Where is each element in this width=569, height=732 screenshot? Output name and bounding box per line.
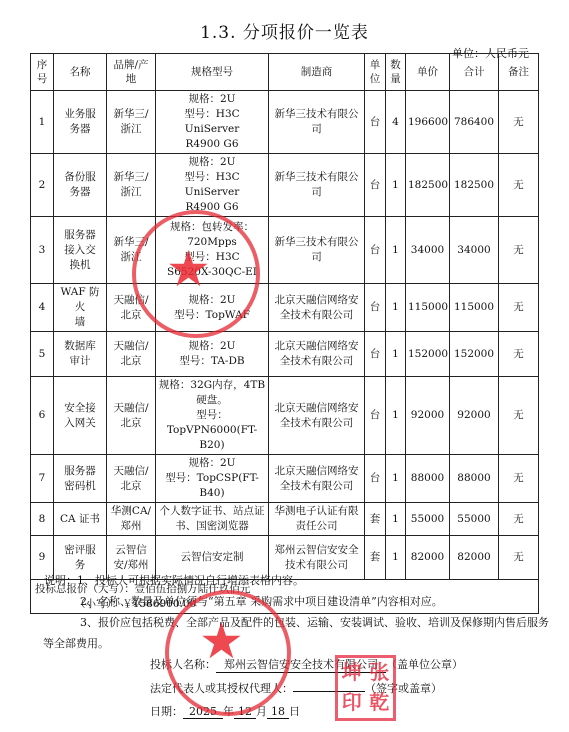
cell-price: 88000	[406, 455, 450, 503]
seal-char: 乾	[366, 688, 394, 718]
header-total: 合计	[450, 54, 499, 91]
cell-name: 备份服 务器	[54, 154, 107, 217]
cell-remark: 无	[499, 503, 539, 536]
cell-price: 34000	[406, 217, 450, 284]
cell-name: WAF 防火 墙	[54, 284, 107, 332]
representative-line: 法定代表人或其授权代理人：（签字或盖章）	[150, 679, 442, 696]
notes-section: 说明：1、投标人可根据实际情况自行增添表格内容。 2、名称、数量及单位须与“第五…	[44, 570, 544, 654]
cell-spec: 规格：2U 型号：TopCSP(FT-B40)	[156, 455, 269, 503]
note-item: 2、名称、数量及单位须与“第五章 采购需求中项目建设清单”内容相对应。	[44, 591, 544, 612]
cell-no: 6	[31, 377, 54, 455]
cell-total: 115000	[450, 284, 499, 332]
cell-name: 业务服 务器	[54, 91, 107, 154]
cell-total: 34000	[450, 217, 499, 284]
cell-brand: 新华三/ 浙江	[107, 154, 156, 217]
date-year: 2025	[183, 705, 223, 719]
header-qty: 数 量	[386, 54, 406, 91]
cell-name: 安全接 入网关	[54, 377, 107, 455]
cell-brand: 天融信/ 北京	[107, 332, 156, 377]
cell-brand: 华测CA/ 郑州	[107, 503, 156, 536]
cell-remark: 无	[499, 154, 539, 217]
cell-remark: 无	[499, 377, 539, 455]
note-line-1: 说明：1、投标人可根据实际情况自行增添表格内容。	[44, 570, 544, 591]
cell-no: 2	[31, 154, 54, 217]
cell-price: 196600	[406, 91, 450, 154]
day-unit: 日	[289, 705, 300, 718]
cell-no: 5	[31, 332, 54, 377]
cell-remark: 无	[499, 284, 539, 332]
cell-price: 92000	[406, 377, 450, 455]
header-price: 单价	[406, 54, 450, 91]
header-spec: 规格型号	[156, 54, 269, 91]
header-no: 序 号	[31, 54, 54, 91]
cell-qty: 1	[386, 332, 406, 377]
cell-qty: 1	[386, 284, 406, 332]
cell-no: 4	[31, 284, 54, 332]
notes-prefix: 说明：	[44, 574, 77, 587]
cell-spec: 规格：2U 型号：H3C UniServer R4900 G6	[156, 91, 269, 154]
cell-price: 55000	[406, 503, 450, 536]
bidder-name-line: 投标人名称：郑州云智信安安全技术有限公司（盖单位公章）	[150, 656, 463, 673]
cell-brand: 新华三/ 浙江	[107, 217, 156, 284]
cell-no: 1	[31, 91, 54, 154]
cell-unit: 台	[365, 91, 386, 154]
note-item: 1、投标人可根据实际情况自行增添表格内容。	[77, 574, 304, 587]
header-remark: 备注	[499, 54, 539, 91]
cell-remark: 无	[499, 332, 539, 377]
cell-name: CA 证书	[54, 503, 107, 536]
price-breakdown-table: 序 号 名称 品牌/产 地 规格型号 制造商 单 位 数 量 单价 合计 备注 …	[30, 53, 539, 614]
cell-unit: 台	[365, 377, 386, 455]
cell-total: 152000	[450, 332, 499, 377]
cell-maker: 北京天融信网络安 全技术有限公司	[269, 332, 365, 377]
cell-remark: 无	[499, 455, 539, 503]
date-label: 日期：	[150, 705, 183, 718]
cell-no: 8	[31, 503, 54, 536]
cell-name: 服务器 密码机	[54, 455, 107, 503]
cell-unit: 台	[365, 455, 386, 503]
date-day: 18	[267, 705, 289, 719]
cell-spec: 规格：2U 型号：TopWAF	[156, 284, 269, 332]
cell-spec: 个人数字证书、站点证 书、国密浏览器	[156, 503, 269, 536]
cell-qty: 1	[386, 455, 406, 503]
cell-spec: 规格：2U 型号：TA-DB	[156, 332, 269, 377]
page-title: 1.3. 分项报价一览表	[0, 18, 569, 43]
cell-unit: 套	[365, 503, 386, 536]
header-unit: 单 位	[365, 54, 386, 91]
header-brand: 品牌/产 地	[107, 54, 156, 91]
cell-maker: 北京天融信网络安 全技术有限公司	[269, 377, 365, 455]
cell-price: 152000	[406, 332, 450, 377]
cell-no: 3	[31, 217, 54, 284]
cell-qty: 1	[386, 503, 406, 536]
cell-unit: 台	[365, 154, 386, 217]
cell-brand: 新华三/ 浙江	[107, 91, 156, 154]
cell-unit: 台	[365, 332, 386, 377]
date-line: 日期：2025年12月18日	[150, 703, 300, 719]
cell-maker: 新华三技术有限公 司	[269, 154, 365, 217]
table-row: 5 数据库 审计 天融信/ 北京 规格：2U 型号：TA-DB 北京天融信网络安…	[31, 332, 539, 377]
cell-qty: 1	[386, 377, 406, 455]
table-row: 1 业务服 务器 新华三/ 浙江 规格：2U 型号：H3C UniServer …	[31, 91, 539, 154]
note-item: 等全部费用。	[43, 633, 544, 654]
cell-unit: 台	[365, 284, 386, 332]
cell-brand: 天融信/ 北京	[107, 455, 156, 503]
cell-maker: 新华三技术有限公 司	[269, 217, 365, 284]
year-unit: 年	[223, 705, 234, 718]
table-row: 3 服务器 接入交 换机 新华三/ 浙江 规格：包转发率： 720Mpps 型号…	[31, 217, 539, 284]
seal-char: 印	[338, 688, 366, 718]
cell-total: 92000	[450, 377, 499, 455]
cell-maker: 华测电子认证有限 责任公司	[269, 503, 365, 536]
cell-spec: 规格：32G内存，4TB 硬盘。 型号： TopVPN6000(FT-B20)	[156, 377, 269, 455]
cell-qty: 4	[386, 91, 406, 154]
header-maker: 制造商	[269, 54, 365, 91]
cell-remark: 无	[499, 217, 539, 284]
date-month: 12	[234, 705, 256, 719]
cell-brand: 天融信/ 北京	[107, 377, 156, 455]
representative-label: 法定代表人或其授权代理人：	[150, 682, 293, 695]
cell-maker: 北京天融信网络安 全技术有限公司	[269, 455, 365, 503]
cell-spec: 规格：包转发率： 720Mpps 型号：H3C S6520X-30QC-EI	[156, 217, 269, 284]
bidder-seal-note: （盖单位公章）	[386, 658, 463, 671]
cell-remark: 无	[499, 91, 539, 154]
cell-price: 182500	[406, 154, 450, 217]
cell-maker: 新华三技术有限公 司	[269, 91, 365, 154]
table-row: 8 CA 证书 华测CA/ 郑州 个人数字证书、站点证 书、国密浏览器 华测电子…	[31, 503, 539, 536]
table-header-row: 序 号 名称 品牌/产 地 规格型号 制造商 单 位 数 量 单价 合计 备注	[31, 54, 539, 91]
cell-name: 服务器 接入交 换机	[54, 217, 107, 284]
cell-total: 88000	[450, 455, 499, 503]
header-name: 名称	[54, 54, 107, 91]
cell-brand: 天融信/ 北京	[107, 284, 156, 332]
table-row: 7 服务器 密码机 天融信/ 北京 规格：2U 型号：TopCSP(FT-B40…	[31, 455, 539, 503]
bidder-label: 投标人名称：	[150, 658, 216, 671]
cell-maker: 北京天融信网络安 全技术有限公司	[269, 284, 365, 332]
cell-name: 数据库 审计	[54, 332, 107, 377]
cell-total: 55000	[450, 503, 499, 536]
table-row: 6 安全接 入网关 天融信/ 北京 规格：32G内存，4TB 硬盘。 型号： T…	[31, 377, 539, 455]
cell-qty: 1	[386, 217, 406, 284]
cell-qty: 1	[386, 154, 406, 217]
month-unit: 月	[256, 705, 267, 718]
cell-unit: 台	[365, 217, 386, 284]
seal-char: 张	[366, 658, 394, 688]
note-item: 3、报价应包括税费、全部产品及配件的包装、运输、安装调试、验收、培训及保修期内售…	[44, 612, 544, 633]
cell-no: 7	[31, 455, 54, 503]
table-row: 2 备份服 务器 新华三/ 浙江 规格：2U 型号：H3C UniServer …	[31, 154, 539, 217]
personal-seal-stamp: 坤 张 印 乾	[335, 655, 396, 721]
cell-spec: 规格：2U 型号：H3C UniServer R4900 G6	[156, 154, 269, 217]
cell-total: 182500	[450, 154, 499, 217]
seal-char: 坤	[338, 658, 366, 688]
table-row: 4 WAF 防火 墙 天融信/ 北京 规格：2U 型号：TopWAF 北京天融信…	[31, 284, 539, 332]
cell-price: 115000	[406, 284, 450, 332]
cell-total: 786400	[450, 91, 499, 154]
